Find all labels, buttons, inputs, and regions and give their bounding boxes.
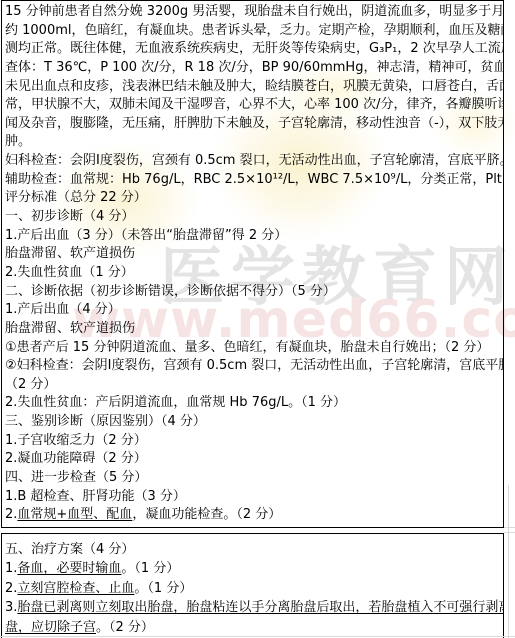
text-segment: 妇科检查：会阴Ⅰ度裂伤，宫颈有 0.5cm 裂口，无活动性出血，子宫轮廓清，宫底… xyxy=(5,153,503,168)
text-line: ②妇科检查：会阴Ⅰ度裂伤，宫颈有 0.5cm 裂口，无活动性出血，子宫轮廓清，宫… xyxy=(5,357,503,376)
text-segment: 。（2 分） xyxy=(96,620,154,635)
text-segment: 肿。 xyxy=(5,134,31,149)
underlined-key-phrase: 备血，必要时输血 xyxy=(17,561,121,576)
text-line: 五、治疗方案（4 分） xyxy=(5,540,503,559)
text-line: 胎盘滞留、软产道损伤 xyxy=(5,320,503,339)
text-segment: 胎盘滞留、软产道损伤 xyxy=(5,246,135,261)
text-line: 未见出血点和皮疹，浅表淋巴结未触及肿大，睑结膜苍白，巩膜无黄染，口唇苍白，舌面正 xyxy=(5,78,503,97)
text-line: 测均正常。既往体健，无血液系统疾病史，无肝炎等传染病史，G₃P₁，2 次早孕人工… xyxy=(5,40,503,59)
text-segment: 常，甲状腺不大，双肺未闻及干湿啰音，心界不大，心率 100 次/分，律齐，各瓣膜… xyxy=(5,97,503,112)
text-segment: 2. xyxy=(5,507,17,522)
text-segment: 四、进一步检查（5 分） xyxy=(5,470,147,485)
text-segment: 辅助检查：血常规：Hb 76g/L，RBC 2.5×10¹²/L，WBC 7.5… xyxy=(5,172,503,187)
text-segment: 。（1 分） xyxy=(134,581,192,596)
text-line: 2.凝血功能障碍（2 分） xyxy=(5,450,503,469)
text-segment: 五、治疗方案（4 分） xyxy=(5,542,134,557)
text-line: ①患者产后 15 分钟阴道流血、量多、色暗红，有凝血块，胎盘未自行娩出；（2 分… xyxy=(5,339,503,358)
text-line: 肿。 xyxy=(5,133,503,152)
text-segment: 三、鉴别诊断（原因鉴别）（4 分） xyxy=(5,414,206,429)
text-segment: 2.失血性贫血：产后阴道流血，血常规 Hb 76g/L。（1 分） xyxy=(5,395,346,410)
table-gridline-horizontal xyxy=(0,636,515,637)
text-segment: 。（1 分） xyxy=(121,561,179,576)
table-gridline-horizontal xyxy=(504,527,515,528)
text-line: 妇科检查：会阴Ⅰ度裂伤，宫颈有 0.5cm 裂口，无活动性出血，子宫轮廓清，宫底… xyxy=(5,152,503,171)
text-segment: 胎盘滞留、软产道损伤 xyxy=(5,321,135,336)
text-line: 四、进一步检查（5 分） xyxy=(5,469,503,488)
text-line: 1.产后出血（4 分） xyxy=(5,301,503,320)
table-gridline-vertical xyxy=(508,485,509,638)
text-segment: 测均正常。既往体健，无血液系统疾病史，无肝炎等传染病史，G₃P₁，2 次早孕人工… xyxy=(5,41,503,56)
text-line: （2 分） xyxy=(5,376,503,395)
text-segment: 查体：T 36℃，P 100 次/分，R 18 次/分，BP 90/60mmHg… xyxy=(5,60,503,75)
text-segment: ①患者产后 15 分钟阴道流血、量多、色暗红，有凝血块，胎盘未自行娩出；（2 分… xyxy=(5,340,489,355)
text-segment: ②妇科检查：会阴Ⅰ度裂伤，宫颈有 0.5cm 裂口，无活动性出血，子宫轮廓清，宫… xyxy=(5,358,503,373)
text-line: 1.子宫收缩乏力（2 分） xyxy=(5,432,503,451)
text-line: 三、鉴别诊断（原因鉴别）（4 分） xyxy=(5,413,503,432)
text-line: 3.胎盘已剥离则立刻取出胎盘，胎盘粘连以手分离胎盘后取出，若胎盘植入不可强行剥离… xyxy=(5,598,503,617)
underlined-key-phrase: 血常规+血型、配血 xyxy=(17,507,132,522)
text-line: 约 1000ml，色暗红，有凝血块。患者诉头晕，乏力。定期产检，孕期顺利，血压及… xyxy=(5,22,503,41)
text-segment: 2.凝血功能障碍（2 分） xyxy=(5,451,147,466)
text-segment: 2. xyxy=(5,581,17,596)
text-line: 2.失血性贫血：产后阴道流血，血常规 Hb 76g/L。（1 分） xyxy=(5,394,503,413)
text-line: 15 分钟前患者自然分娩 3200g 男活婴，现胎盘未自行娩出，阴道流血多，明显… xyxy=(5,3,503,22)
page-root: 医学教育网 www.med66.com 15 分钟前患者自然分娩 3200g 男… xyxy=(0,0,515,638)
text-line: 1.备血，必要时输血。（1 分） xyxy=(5,559,503,578)
text-segment: 1.产后出血（3 分）（未答出“胎盘滞留”得 2 分） xyxy=(5,228,287,243)
text-line: 常，甲状腺不大，双肺未闻及干湿啰音，心界不大，心率 100 次/分，律齐，各瓣膜… xyxy=(5,96,503,115)
text-segment: ，凝血功能检查。（2 分） xyxy=(132,507,281,522)
text-line: 辅助检查：血常规：Hb 76g/L，RBC 2.5×10¹²/L，WBC 7.5… xyxy=(5,171,503,190)
treatment-plan-cell: 五、治疗方案（4 分）1.备血，必要时输血。（1 分）2.立刻宫腔检查、止血。（… xyxy=(1,533,504,638)
underlined-key-phrase: 立刻宫腔检查、止血 xyxy=(17,581,134,596)
text-segment: 1.B 超检查、肝肾功能（3 分） xyxy=(5,489,186,504)
text-segment: 1.产后出血（4 分） xyxy=(5,302,121,317)
text-line: 1.产后出血（3 分）（未答出“胎盘滞留”得 2 分） xyxy=(5,227,503,246)
text-segment: 15 分钟前患者自然分娩 3200g 男活婴，现胎盘未自行娩出，阴道流血多，明显… xyxy=(5,4,503,19)
text-line: 2.血常规+血型、配血，凝血功能检查。（2 分） xyxy=(5,506,503,525)
text-line: 2.失血性贫血（1 分） xyxy=(5,264,503,283)
text-line: 查体：T 36℃，P 100 次/分，R 18 次/分，BP 90/60mmHg… xyxy=(5,59,503,78)
text-segment: 3. xyxy=(5,600,17,615)
text-line: 2.立刻宫腔检查、止血。（1 分） xyxy=(5,579,503,598)
case-and-scoring-cell: 15 分钟前患者自然分娩 3200g 男活婴，现胎盘未自行娩出，阴道流血多，明显… xyxy=(1,0,504,528)
text-segment: 评分标准（总分 22 分） xyxy=(5,190,147,205)
text-line: 1.B 超检查、肝肾功能（3 分） xyxy=(5,488,503,507)
text-segment: 2.失血性贫血（1 分） xyxy=(5,265,134,280)
underlined-key-phrase: 胎盘已剥离则立刻取出胎盘，胎盘粘连以手分离胎盘后取出，若胎盘植入不可强行剥离胎 xyxy=(17,600,503,615)
text-line: 胎盘滞留、软产道损伤 xyxy=(5,245,503,264)
text-line: 二、诊断依据（初步诊断错误，诊断依据不得分）（5 分） xyxy=(5,283,503,302)
text-line: 一、初步诊断（4 分） xyxy=(5,208,503,227)
text-line: 评分标准（总分 22 分） xyxy=(5,189,503,208)
table-gridline-horizontal xyxy=(504,532,515,533)
text-segment: （2 分） xyxy=(5,377,56,392)
text-segment: 1.子宫收缩乏力（2 分） xyxy=(5,433,147,448)
text-line: 盘，应切除子宫。（2 分） xyxy=(5,618,503,637)
text-segment: 二、诊断依据（初步诊断错误，诊断依据不得分）（5 分） xyxy=(5,284,336,299)
text-segment: 一、初步诊断（4 分） xyxy=(5,209,134,224)
text-line: 闻及杂音，腹膨隆，无压痛，肝脾肋下未触及，子宫轮廓清，移动性浊音（-），双下肢无… xyxy=(5,115,503,134)
text-segment: 闻及杂音，腹膨隆，无压痛，肝脾肋下未触及，子宫轮廓清，移动性浊音（-），双下肢无… xyxy=(5,116,503,131)
text-segment: 未见出血点和皮疹，浅表淋巴结未触及肿大，睑结膜苍白，巩膜无黄染，口唇苍白，舌面正 xyxy=(5,79,503,94)
text-segment: 约 1000ml，色暗红，有凝血块。患者诉头晕，乏力。定期产检，孕期顺利，血压及… xyxy=(5,23,503,38)
text-segment: 1. xyxy=(5,561,17,576)
underlined-key-phrase: 盘，应切除子宫 xyxy=(5,620,96,635)
